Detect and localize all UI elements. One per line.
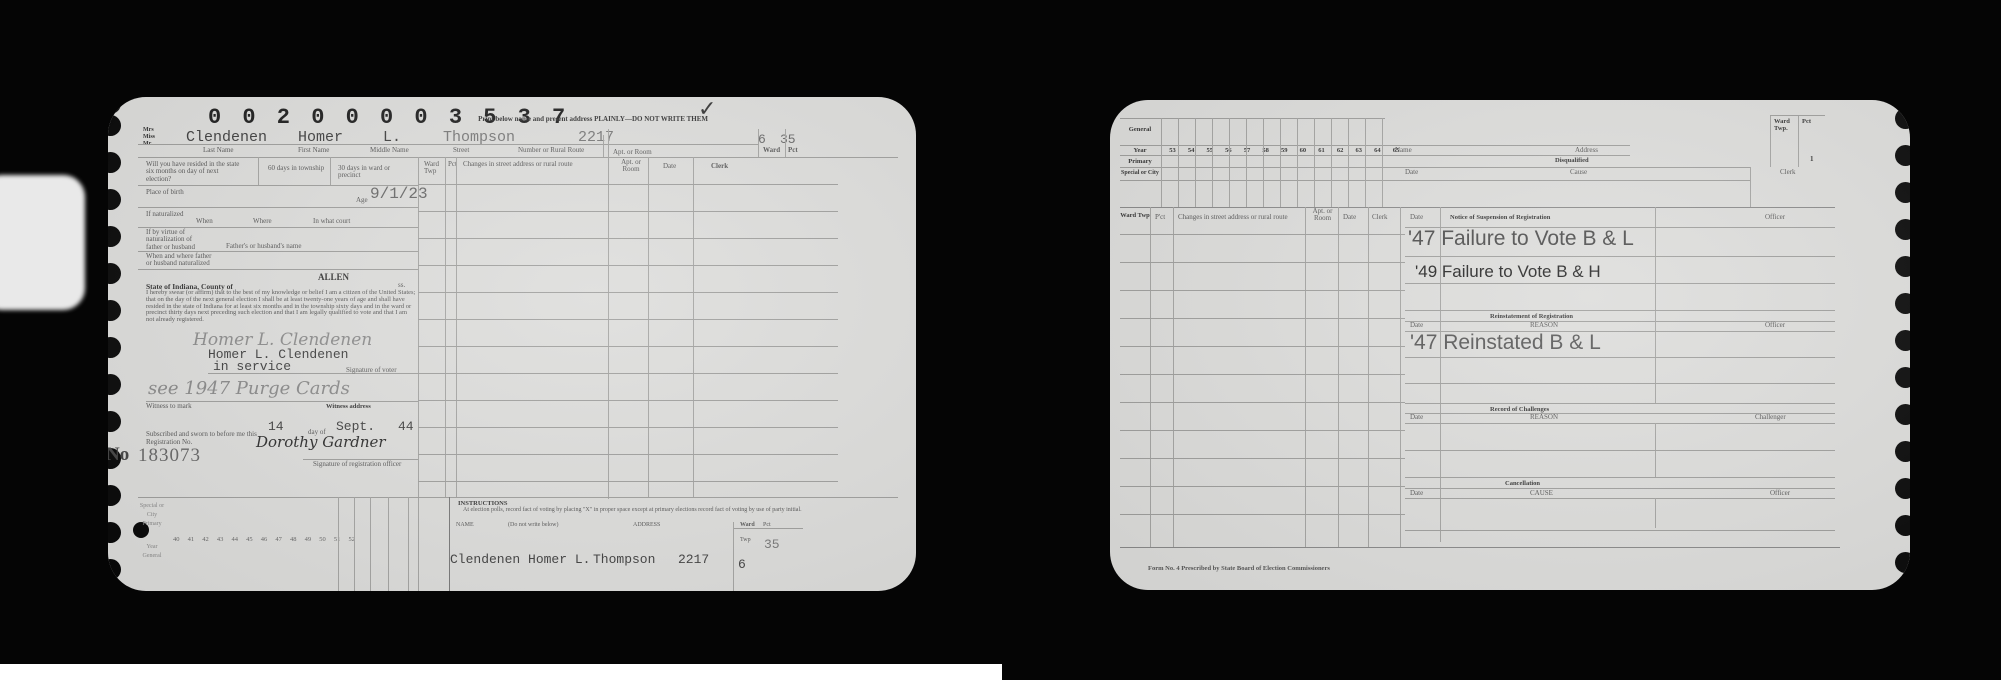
instructions-title: INSTRUCTIONS bbox=[458, 500, 508, 507]
officer-signature-label: Signature of registration officer bbox=[313, 461, 401, 468]
punch-hole bbox=[108, 374, 121, 395]
punch-hole bbox=[1895, 552, 1910, 573]
pct-value: 35 bbox=[780, 132, 796, 147]
form-footer: Form No. 4 Prescribed by State Board of … bbox=[1148, 565, 1330, 572]
cancellation-title: Cancellation bbox=[1505, 480, 1540, 487]
address-label: Address bbox=[1575, 147, 1598, 154]
changes-ward-header: Ward Twp bbox=[424, 161, 444, 176]
punch-hole bbox=[108, 226, 121, 247]
township-label: 60 days in township bbox=[268, 165, 328, 172]
resided-state-label: Will you have resided in the state six m… bbox=[146, 161, 241, 183]
ward-twp-label: Ward Twp. bbox=[1774, 118, 1794, 132]
ward-label: Ward bbox=[763, 147, 780, 154]
pct-value: 1 bbox=[1810, 155, 1814, 163]
middle-name-label: Middle Name bbox=[370, 147, 409, 154]
punch-hole bbox=[108, 97, 121, 114]
apt-label: Apt. or Room bbox=[613, 149, 652, 156]
challenges-reason-header: REASON bbox=[1530, 414, 1558, 421]
punch-hole bbox=[108, 485, 121, 506]
punch-hole bbox=[1895, 256, 1910, 277]
registration-card-back: General Year Primary Special or City 53 … bbox=[1110, 100, 1910, 590]
suspension-date-header: Date bbox=[1410, 214, 1423, 221]
court-label: In what court bbox=[313, 218, 350, 225]
witness-note: see 1947 Purge Cards bbox=[148, 378, 350, 399]
suspension-title: Notice of Suspension of Registration bbox=[1450, 214, 1550, 221]
primary-label: Primary bbox=[1120, 158, 1160, 165]
punch-hole bbox=[1895, 182, 1910, 203]
changes-apt-header: Apt. or Room bbox=[616, 159, 646, 174]
stub-ward: 6 bbox=[738, 557, 746, 572]
county-value: ALLEN bbox=[318, 272, 349, 282]
street-label: Street bbox=[453, 147, 469, 154]
stub-name-hint: (Do not write below) bbox=[508, 522, 559, 528]
changes-address-header: Changes in street address or rural route bbox=[463, 161, 573, 168]
punch-hole bbox=[1895, 404, 1910, 425]
stub-number: 2217 bbox=[678, 552, 709, 567]
front-grid-row-labels: Special or City Primary Year General bbox=[138, 502, 166, 561]
punch-hole bbox=[108, 152, 121, 173]
ward-value: 6 bbox=[758, 132, 766, 147]
punch-hole bbox=[108, 411, 121, 432]
stub-name: Clendenen Homer L. bbox=[450, 552, 590, 567]
stub-name-label: NAME bbox=[456, 522, 474, 528]
punch-hole bbox=[108, 189, 121, 210]
back-changes-date-header: Date bbox=[1343, 214, 1356, 221]
year-label: Year bbox=[1120, 147, 1160, 154]
challenges-date-header: Date bbox=[1410, 414, 1423, 421]
suspension-entry-1: '47 Failure to Vote B & L bbox=[1408, 227, 1634, 251]
back-changes-apt-header: Apt. or Room bbox=[1310, 208, 1335, 223]
adjacent-card-edge bbox=[0, 175, 85, 310]
back-changes-address-header: Changes in street address or rural route bbox=[1178, 214, 1288, 221]
back-grid-years: 53 54 55 56 57 58 59 60 61 62 63 64 65 bbox=[1164, 147, 1405, 154]
punch-hole bbox=[108, 559, 121, 580]
when-label: When bbox=[196, 218, 213, 225]
check-mark: ✓ bbox=[698, 97, 716, 122]
challenges-challenger-header: Challenger bbox=[1755, 414, 1786, 421]
reinstatement-reason-header: REASON bbox=[1530, 322, 1558, 329]
suspension-officer-header: Officer bbox=[1765, 214, 1785, 221]
first-name-label: First Name bbox=[298, 147, 329, 154]
cancellation-officer-header: Officer bbox=[1770, 490, 1790, 497]
punch-hole bbox=[1895, 478, 1910, 499]
stub-twp-label: Twp bbox=[740, 537, 751, 543]
back-changes-ward-header: Ward Twp bbox=[1120, 212, 1150, 219]
typed-voter-note: in service bbox=[213, 359, 291, 374]
back-changes-clerk-header: Clerk bbox=[1372, 214, 1388, 221]
pct-label: Pct bbox=[788, 147, 798, 154]
registration-number: 183073 bbox=[138, 445, 201, 467]
reinstatement-entry-1: '47 Reinstated B & L bbox=[1410, 331, 1601, 355]
front-grid-years: 40 41 42 43 44 45 46 47 48 49 50 51 52 bbox=[173, 537, 362, 544]
general-label: General bbox=[1120, 126, 1160, 133]
disqualified-label: Disqualified bbox=[1555, 157, 1589, 164]
day-value: 14 bbox=[268, 419, 284, 434]
age-label: Age bbox=[356, 197, 368, 204]
clerk-label: Clerk bbox=[1780, 169, 1796, 176]
reinstatement-title: Reinstatement of Registration bbox=[1490, 313, 1573, 320]
ward-precinct-label: 30 days in ward or precinct bbox=[338, 165, 408, 180]
punch-hole bbox=[1895, 515, 1910, 536]
witness-mark-label: Witness to mark bbox=[146, 403, 192, 410]
changes-date-header: Date bbox=[663, 163, 676, 170]
punch-hole bbox=[1895, 219, 1910, 240]
punch-hole bbox=[1895, 145, 1910, 166]
instructions-text: At election polls, record fact of voting… bbox=[463, 507, 803, 513]
punch-hole bbox=[1895, 441, 1910, 462]
father-naturalization-label: If by virtue of naturalization of father… bbox=[146, 229, 206, 251]
number-label: Number or Rural Route bbox=[518, 147, 584, 154]
special-city-label: Special or City bbox=[1120, 170, 1160, 177]
cancellation-date-header: Date bbox=[1410, 490, 1423, 497]
father-naturalized-label: When and where father or husband natural… bbox=[146, 253, 216, 268]
punch-hole bbox=[1895, 108, 1910, 129]
reinstatement-date-header: Date bbox=[1410, 322, 1423, 329]
back-changes-pct-header: P'ct bbox=[1155, 214, 1165, 221]
naturalized-label: If naturalized bbox=[146, 211, 191, 218]
registration-no-prefix: No bbox=[108, 444, 129, 466]
month-value: Sept. bbox=[336, 419, 375, 434]
father-name-label: Father's or husband's name bbox=[226, 243, 301, 250]
reinstatement-officer-header: Officer bbox=[1765, 322, 1785, 329]
stub-street: Thompson bbox=[593, 552, 655, 567]
officer-signature: Dorothy Gardner bbox=[256, 433, 386, 451]
changes-clerk-header: Clerk bbox=[711, 163, 728, 170]
oath-text: I hereby swear (or affirm) that to the b… bbox=[146, 290, 416, 324]
punch-hole bbox=[1895, 330, 1910, 351]
stub-address-label: ADDRESS bbox=[633, 522, 660, 528]
voter-signature-label: Signature of voter bbox=[346, 367, 397, 374]
punch-hole bbox=[1895, 293, 1910, 314]
pct-label: Pct bbox=[1802, 118, 1811, 125]
cause-label: Cause bbox=[1570, 169, 1587, 176]
punch-hole bbox=[108, 337, 121, 358]
age-value: 9/1/23 bbox=[370, 185, 428, 203]
birth-place-label: Place of birth bbox=[146, 189, 196, 196]
name-label: Name bbox=[1395, 147, 1412, 154]
white-strip bbox=[0, 664, 1002, 680]
print-instruction: Print below name and present address PLA… bbox=[288, 115, 708, 123]
stub-pct: 35 bbox=[764, 537, 780, 552]
suspension-entry-2: '49 Failure to Vote B & H bbox=[1415, 262, 1601, 282]
punch-hole bbox=[1895, 367, 1910, 388]
punch-hole bbox=[108, 300, 121, 321]
witness-address-label: Witness address bbox=[326, 403, 371, 410]
last-name-label: Last Name bbox=[203, 147, 234, 154]
registration-card-front: 0 0 2 0 0 0 0 3 5 3 7 Print below name a… bbox=[108, 97, 916, 591]
challenges-title: Record of Challenges bbox=[1490, 406, 1549, 413]
punch-hole bbox=[108, 115, 121, 136]
punch-hole bbox=[108, 522, 121, 543]
disqualified-date-label: Date bbox=[1405, 169, 1418, 176]
punch-hole bbox=[108, 263, 121, 284]
cancellation-cause-header: CAUSE bbox=[1530, 490, 1553, 497]
year-value: 44 bbox=[398, 419, 414, 434]
where-label: Where bbox=[253, 218, 272, 225]
